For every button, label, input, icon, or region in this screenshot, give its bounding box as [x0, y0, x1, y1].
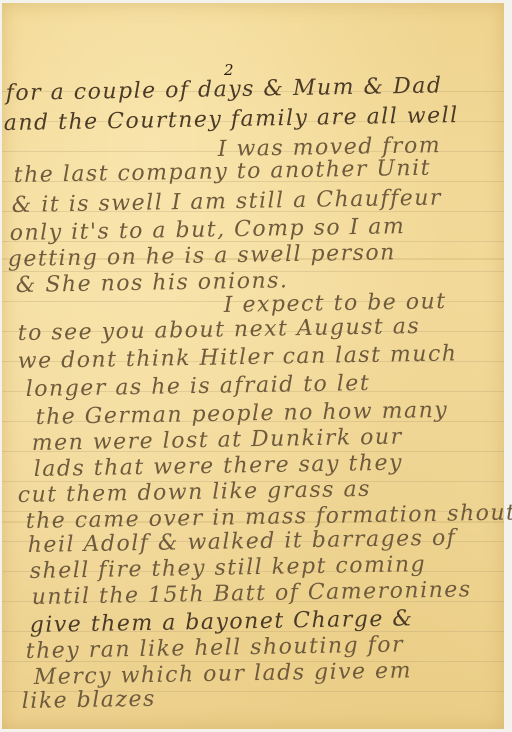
handwritten-line: and the Courtney family are all well: [4, 103, 459, 136]
handwritten-line: for a couple of days & Mum & Dad: [6, 73, 443, 106]
handwritten-line: Mercy which our lads give em: [34, 658, 413, 690]
handwritten-line: like blazes: [22, 687, 156, 714]
handwritten-line: we dont think Hitler can last much: [18, 341, 458, 374]
handwritten-line: & it is swell I am still a Chauffeur: [12, 185, 443, 218]
handwritten-line: the last company to another Unit: [14, 156, 432, 188]
letter-page: 2 for a couple of days & Mum & Dad and t…: [2, 3, 504, 729]
handwritten-line: longer as he is afraid to let: [26, 371, 371, 402]
handwritten-line: to see you about next August as: [18, 314, 421, 346]
handwritten-line: getting on he is a swell person: [8, 240, 397, 272]
